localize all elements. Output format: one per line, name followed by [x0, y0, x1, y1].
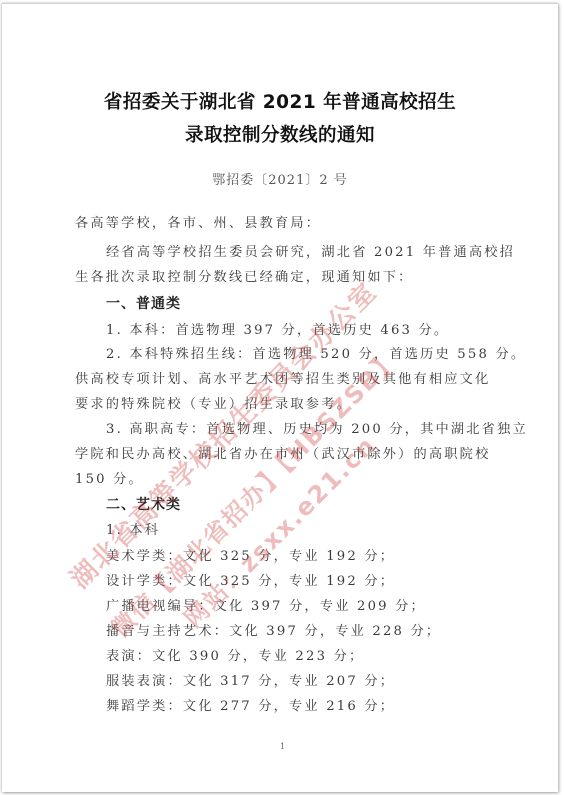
- arts-row: 舞蹈学类：文化 277 分，专业 216 分；: [106, 695, 395, 714]
- intro-line-1: 经省高等学校招生委员会研究，湖北省 2021 年普通高校招: [106, 241, 515, 260]
- document-number: 鄂招委〔2021〕2 号: [2, 169, 558, 188]
- general-item-3-line-3: 150 分。: [75, 468, 144, 487]
- arts-row: 播音与主持艺术：文化 397 分，专业 228 分；: [106, 620, 441, 639]
- document-title-line-1: 省招委关于湖北省 2021 年普通高校招生: [2, 88, 558, 114]
- arts-row: 服装表演：文化 317 分，专业 207 分；: [106, 670, 395, 689]
- section-heading-general: 一、普通类: [106, 293, 181, 313]
- document-title-line-2: 录取控制分数线的通知: [2, 121, 558, 147]
- document-page: 省招委关于湖北省 2021 年普通高校招生 录取控制分数线的通知 鄂招委〔202…: [2, 3, 558, 792]
- salutation: 各高等学校，各市、州、县教育局：: [75, 212, 321, 231]
- general-item-1: 1. 本科：首选物理 397 分，首选历史 463 分。: [106, 319, 449, 338]
- page-number: 1: [280, 742, 285, 751]
- arts-row: 表演：文化 390 分，专业 223 分；: [106, 645, 364, 664]
